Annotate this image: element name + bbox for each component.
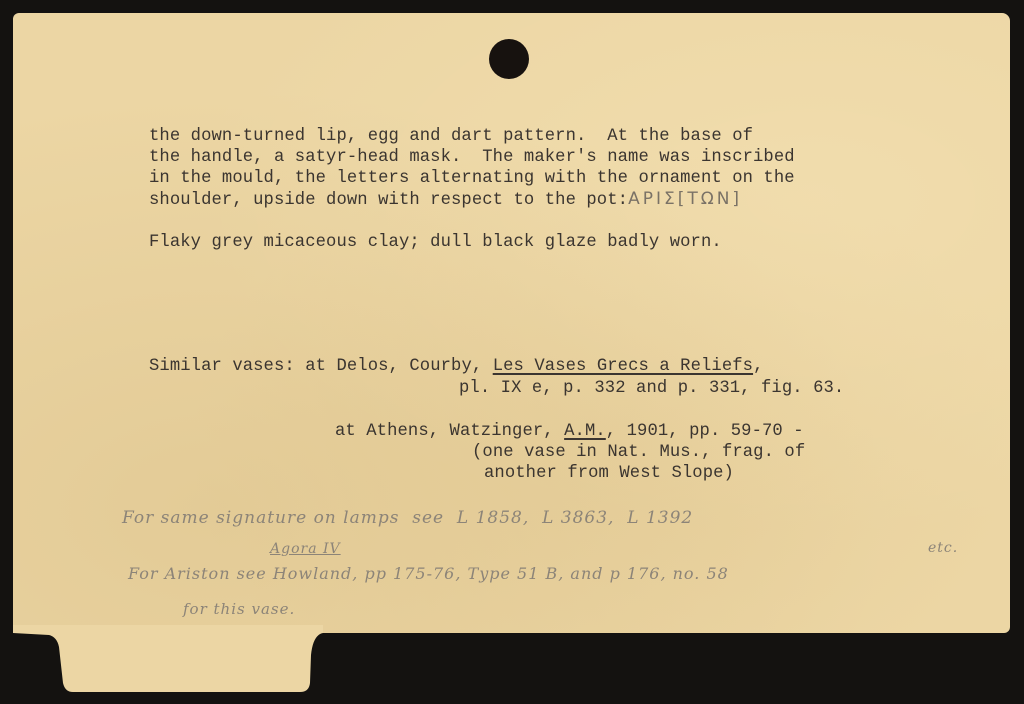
description-line-2: the handle, a satyr-head mask. The maker… [149, 147, 795, 168]
athens-journal-title: A.M. [564, 422, 606, 441]
handwritten-note-howland: For Ariston see Howland, pp 175-76, Type… [128, 564, 729, 583]
delos-ref-prefix: at Delos, Courby, [305, 357, 492, 376]
greek-inscription: ΑΡΙΣ[ΤΩΝ] [628, 189, 742, 209]
punch-hole [489, 39, 529, 79]
athens-ref-suffix: , 1901, pp. 59-70 - [606, 422, 804, 441]
handwritten-note-lamps: For same signature on lamps see L 1858, … [122, 508, 693, 528]
similar-vases-label: Similar vases: [149, 357, 295, 376]
handwritten-note-etc: etc. [928, 540, 958, 556]
fabric-description: Flaky grey micaceous clay; dull black gl… [149, 232, 722, 253]
handwritten-note-this-vase: for this vase. [183, 600, 295, 618]
description-line-4: shoulder, upside down with respect to th… [149, 189, 742, 211]
description-line-4-text: shoulder, upside down with respect to th… [149, 191, 628, 210]
description-line-3: in the mould, the letters alternating wi… [149, 168, 795, 189]
delos-book-title: Les Vases Grecs a Reliefs [493, 357, 753, 376]
athens-ref-line-3: another from West Slope) [484, 463, 734, 484]
card-tab [13, 625, 323, 692]
similar-vases-delos: Similar vases: at Delos, Courby, Les Vas… [149, 356, 763, 377]
similar-vases-athens: at Athens, Watzinger, A.M., 1901, pp. 59… [335, 421, 804, 442]
description-line-1: the down-turned lip, egg and dart patter… [149, 126, 753, 147]
athens-ref-line-2: (one vase in Nat. Mus., frag. of [472, 442, 805, 463]
delos-ref-line-2: pl. IX e, p. 332 and p. 331, fig. 63. [459, 378, 844, 399]
handwritten-note-agora: Agora IV [270, 541, 341, 557]
delos-ref-suffix: , [753, 357, 763, 376]
athens-ref-prefix: at Athens, Watzinger, [335, 422, 564, 441]
index-card [13, 13, 1010, 633]
